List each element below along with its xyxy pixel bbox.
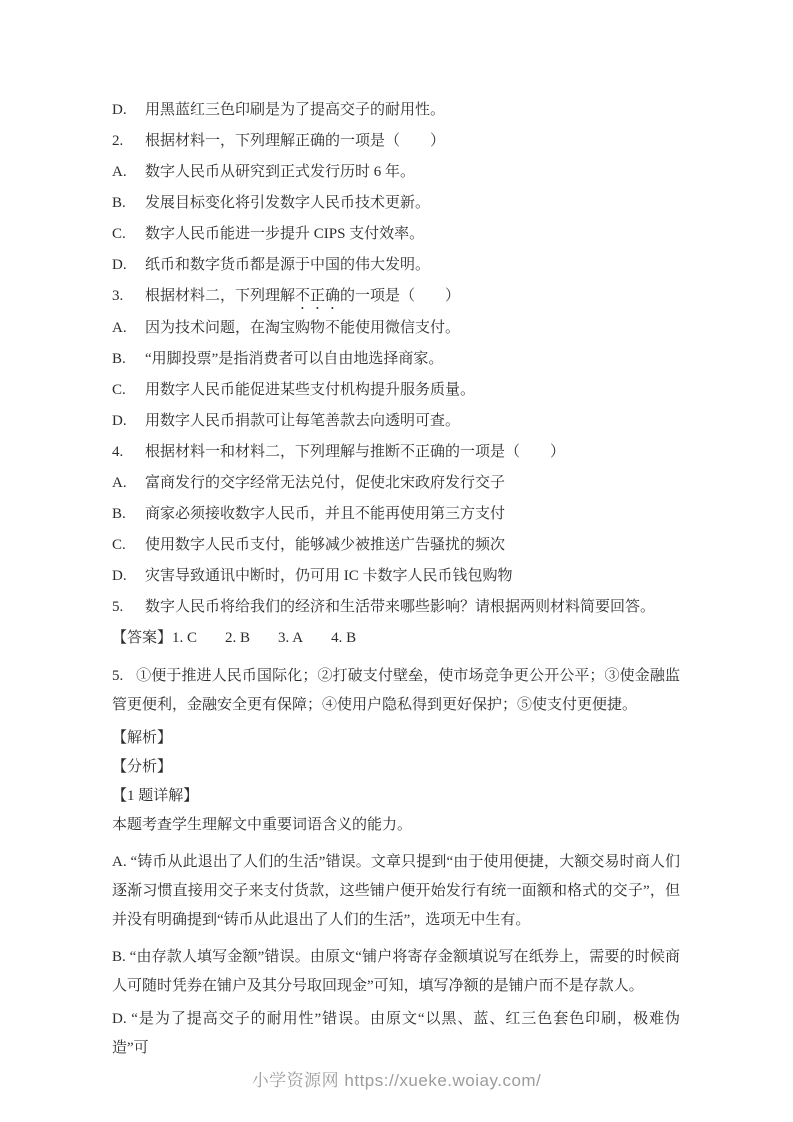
question-3-option-b: B. “用脚投票”是指消费者可以自由地选择商家。 — [112, 344, 680, 375]
answer-key-header: 【答案】 — [112, 623, 172, 654]
site-footer: 小学资源网 https://xueke.woiay.com/ — [0, 1066, 793, 1091]
option-label: A. — [112, 468, 145, 499]
question-2-option-b: B. 发展目标变化将引发数字人民币技术更新。 — [112, 188, 680, 219]
question-number: 4. — [112, 437, 145, 468]
detail-1-intro: 本题考查学生理解文中重要词语含义的能力。 — [112, 811, 680, 840]
question-4-option-a: A. 富商发行的交字经常无法兑付，促使北宋政府发行交子 — [112, 468, 680, 499]
option-label: B. — [112, 499, 145, 530]
answer-key-item: 3. A — [278, 623, 303, 654]
detail-1-option-d-analysis: D. “是为了提高交子的耐用性”错误。由原文“以黑、蓝、红三色套色印刷，极难伪造… — [112, 1005, 680, 1063]
answer-key-item: 2. B — [225, 623, 250, 654]
detail-1-header: 【1 题详解】 — [112, 782, 680, 811]
question-text: 根据材料一，下列理解正确的一项是（ ） — [145, 126, 680, 157]
question-4-option-b: B. 商家必须接收数字人民币，并且不能再使用第三方支付 — [112, 499, 680, 530]
answer-number: 5. — [112, 662, 136, 691]
option-label: C. — [112, 219, 145, 250]
option-label: D. — [112, 95, 145, 126]
option-text: 富商发行的交字经常无法兑付，促使北宋政府发行交子 — [145, 468, 680, 499]
option-label: A. — [112, 313, 145, 344]
question-number: 3. — [112, 281, 145, 312]
answer-key-line: 【答案】 1. C 2. B 3. A 4. B — [112, 623, 680, 654]
answer-5-paragraph: 5.①便于推进人民币国际化；②打破支付壁垒，使市场竞争更公开公平；③使金融监管更… — [112, 662, 680, 720]
option-text: 用数字人民币捐款可让每笔善款去向透明可查。 — [145, 406, 680, 437]
option-text: 数字人民币能进一步提升 CIPS 支付效率。 — [145, 219, 680, 250]
answer-key-item: 4. B — [331, 623, 356, 654]
question-3-option-d: D. 用数字人民币捐款可让每笔善款去向透明可查。 — [112, 406, 680, 437]
question-2-stem: 2. 根据材料一，下列理解正确的一项是（ ） — [112, 126, 680, 157]
question-4-option-d: D. 灾害导致通讯中断时，仍可用 IC 卡数字人民币钱包购物 — [112, 561, 680, 592]
question-text: 根据材料二，下列理解不正确的一项是（ ） — [145, 281, 680, 313]
answer-key-item: 1. C — [172, 623, 197, 654]
option-label: B. — [112, 344, 145, 375]
option-label: C. — [112, 530, 145, 561]
option-label: A. — [112, 157, 145, 188]
question-4-stem: 4. 根据材料一和材料二，下列理解与推断不正确的一项是（ ） — [112, 437, 680, 468]
option-text: 使用数字人民币支付，能够减少被推送广告骚扰的频次 — [145, 530, 680, 561]
option-text: 灾害导致通讯中断时，仍可用 IC 卡数字人民币钱包购物 — [145, 561, 680, 592]
option-text: 数字人民币从研究到正式发行历时 6 年。 — [145, 157, 680, 188]
option-text: “用脚投票”是指消费者可以自由地选择商家。 — [145, 344, 680, 375]
footer-text: 小学资源网 https://xueke.woiay.com/ — [252, 1071, 542, 1090]
question-3-option-a: A. 因为技术问题，在淘宝购物不能使用微信支付。 — [112, 313, 680, 344]
question-3-option-c: C. 用数字人民币能促进某些支付机构提升服务质量。 — [112, 375, 680, 406]
question-text: 根据材料一和材料二，下列理解与推断不正确的一项是（ ） — [145, 437, 680, 468]
question-2-option-c: C. 数字人民币能进一步提升 CIPS 支付效率。 — [112, 219, 680, 250]
option-label: D. — [112, 250, 145, 281]
option-text: 纸币和数字货币都是源于中国的伟大发明。 — [145, 250, 680, 281]
question-text: 数字人民币将给我们的经济和生活带来哪些影响？请根据两则材料简要回答。 — [145, 592, 680, 623]
option-text: 用黑蓝红三色印刷是为了提高交子的耐用性。 — [145, 95, 680, 126]
question-4-option-c: C. 使用数字人民币支付，能够减少被推送广告骚扰的频次 — [112, 530, 680, 561]
question-number: 5. — [112, 592, 145, 623]
detail-1-option-b-analysis: B. “由存款人填写金额”错误。由原文“铺户将寄存金额填说写在纸券上，需要的时候… — [112, 943, 680, 1001]
analysis-section-header: 【解析】 — [112, 724, 680, 753]
exam-document-page: D. 用黑蓝红三色印刷是为了提高交子的耐用性。 2. 根据材料一，下列理解正确的… — [0, 0, 793, 1122]
option-label: D. — [112, 406, 145, 437]
option-label: D. — [112, 561, 145, 592]
question-2-option-d: D. 纸币和数字货币都是源于中国的伟大发明。 — [112, 250, 680, 281]
question-number: 2. — [112, 126, 145, 157]
document-content: D. 用黑蓝红三色印刷是为了提高交子的耐用性。 2. 根据材料一，下列理解正确的… — [112, 95, 680, 1063]
detail-1-option-a-analysis: A. “铸币从此退出了人们的生活”错误。文章只提到“由于使用便捷，大额交易时商人… — [112, 848, 680, 935]
stem-post: 的一项是（ ） — [340, 288, 460, 304]
answer-text: ①便于推进人民币国际化；②打破支付壁垒，使市场竞争更公开公平；③使金融监管更便利… — [112, 668, 680, 713]
option-text: 因为技术问题，在淘宝购物不能使用微信支付。 — [145, 313, 680, 344]
question-3-stem: 3. 根据材料二，下列理解不正确的一项是（ ） — [112, 281, 680, 313]
stem-pre: 根据材料二，下列理解 — [145, 288, 295, 304]
option-text: 用数字人民币能促进某些支付机构提升服务质量。 — [145, 375, 680, 406]
question-5-stem: 5. 数字人民币将给我们的经济和生活带来哪些影响？请根据两则材料简要回答。 — [112, 592, 680, 623]
option-text: 商家必须接收数字人民币，并且不能再使用第三方支付 — [145, 499, 680, 530]
option-text: 发展目标变化将引发数字人民币技术更新。 — [145, 188, 680, 219]
analysis-subsection-header: 【分析】 — [112, 753, 680, 782]
question-2-option-a: A. 数字人民币从研究到正式发行历时 6 年。 — [112, 157, 680, 188]
question-1-option-d: D. 用黑蓝红三色印刷是为了提高交子的耐用性。 — [112, 95, 680, 126]
option-label: B. — [112, 188, 145, 219]
stem-emphasized-text: 不正确 — [295, 288, 340, 304]
option-label: C. — [112, 375, 145, 406]
